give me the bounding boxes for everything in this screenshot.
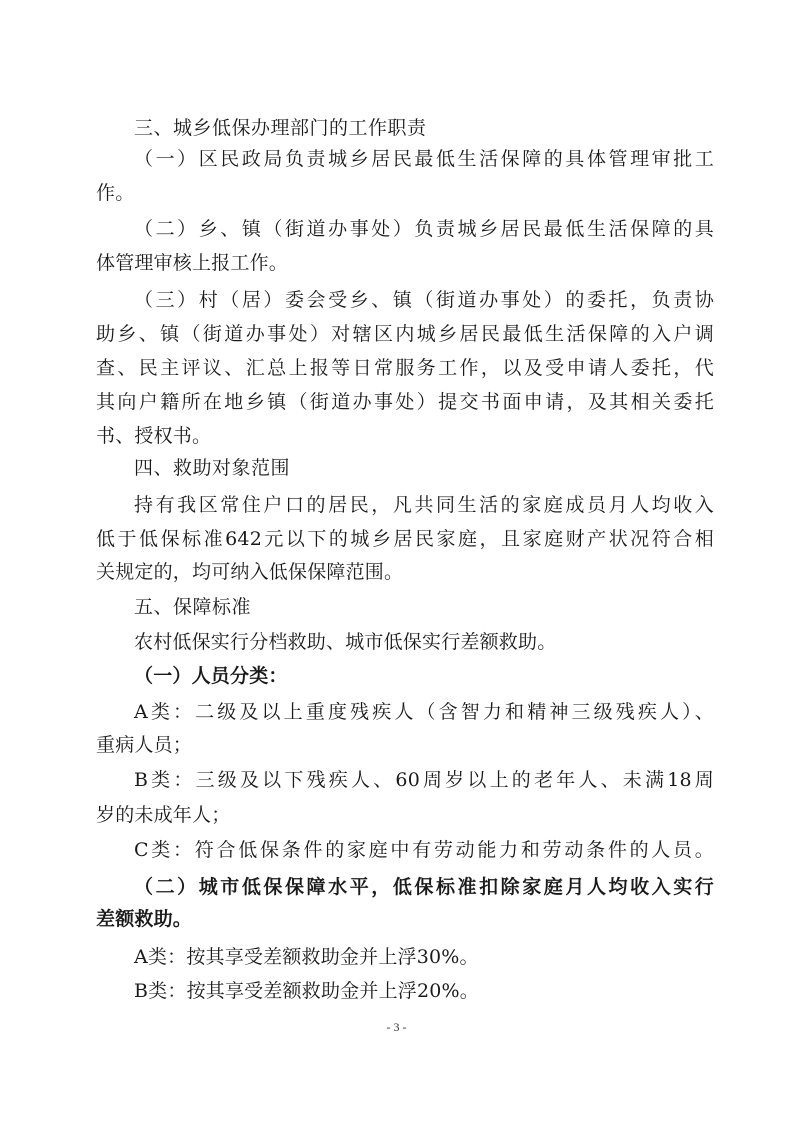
paragraph-line: 查、民主评议、汇总上报等日常服务工作，以及受申请人委托，代 bbox=[96, 353, 714, 383]
paragraph-line: 体管理审核上报工作。 bbox=[96, 248, 714, 278]
section-heading: 五、保障标准 bbox=[134, 592, 714, 622]
section-heading: 四、救助对象范围 bbox=[134, 453, 714, 483]
subsection-heading: （一）人员分类： bbox=[134, 661, 714, 691]
paragraph-line: 持有我区常住户口的居民，凡共同生活的家庭成员月人均收入 bbox=[134, 490, 714, 520]
paragraph-line: 作。 bbox=[96, 178, 714, 208]
paragraph-line: B类：按其享受差额救助金并上浮20%。 bbox=[134, 976, 714, 1006]
page-number: - 3 - bbox=[0, 1020, 793, 1035]
paragraph-line: 低于低保标准642元以下的城乡居民家庭，且家庭财产状况符合相 bbox=[96, 524, 714, 554]
paragraph-line: 关规定的，均可纳入低保保障范围。 bbox=[96, 557, 714, 587]
paragraph-line: （二）乡、镇（街道办事处）负责城乡居民最低生活保障的具 bbox=[134, 214, 714, 244]
paragraph-line: 其向户籍所在地乡镇（街道办事处）提交书面申请，及其相关委托 bbox=[96, 387, 714, 417]
paragraph-line: C类：符合低保条件的家庭中有劳动能力和劳动条件的人员。 bbox=[134, 835, 714, 865]
paragraph-line: A类：二级及以上重度残疾人（含智力和精神三级残疾人）、 bbox=[134, 697, 714, 727]
paragraph-line: （三）村（居）委会受乡、镇（街道办事处）的委托，负责协 bbox=[134, 285, 714, 315]
paragraph-line: B类：三级及以下残疾人、60周岁以上的老年人、未满18周 bbox=[134, 765, 714, 795]
section-heading: 三、城乡低保办理部门的工作职责 bbox=[134, 113, 714, 143]
paragraph-line: 助乡、镇（街道办事处）对辖区内城乡居民最低生活保障的入户调 bbox=[96, 319, 714, 349]
paragraph-line: 农村低保实行分档救助、城市低保实行差额救助。 bbox=[134, 627, 714, 657]
paragraph-line: A类：按其享受差额救助金并上浮30%。 bbox=[134, 942, 714, 972]
paragraph-line: 重病人员； bbox=[96, 730, 714, 760]
paragraph-line: 书、授权书。 bbox=[96, 421, 714, 451]
paragraph-line: （一）区民政局负责城乡居民最低生活保障的具体管理审批工 bbox=[134, 144, 714, 174]
paragraph-line: 岁的未成年人； bbox=[96, 800, 714, 830]
subsection-heading: （二）城市低保保障水平，低保标准扣除家庭月人均收入实行 bbox=[134, 872, 714, 902]
subsection-heading: 差额救助。 bbox=[96, 904, 714, 934]
